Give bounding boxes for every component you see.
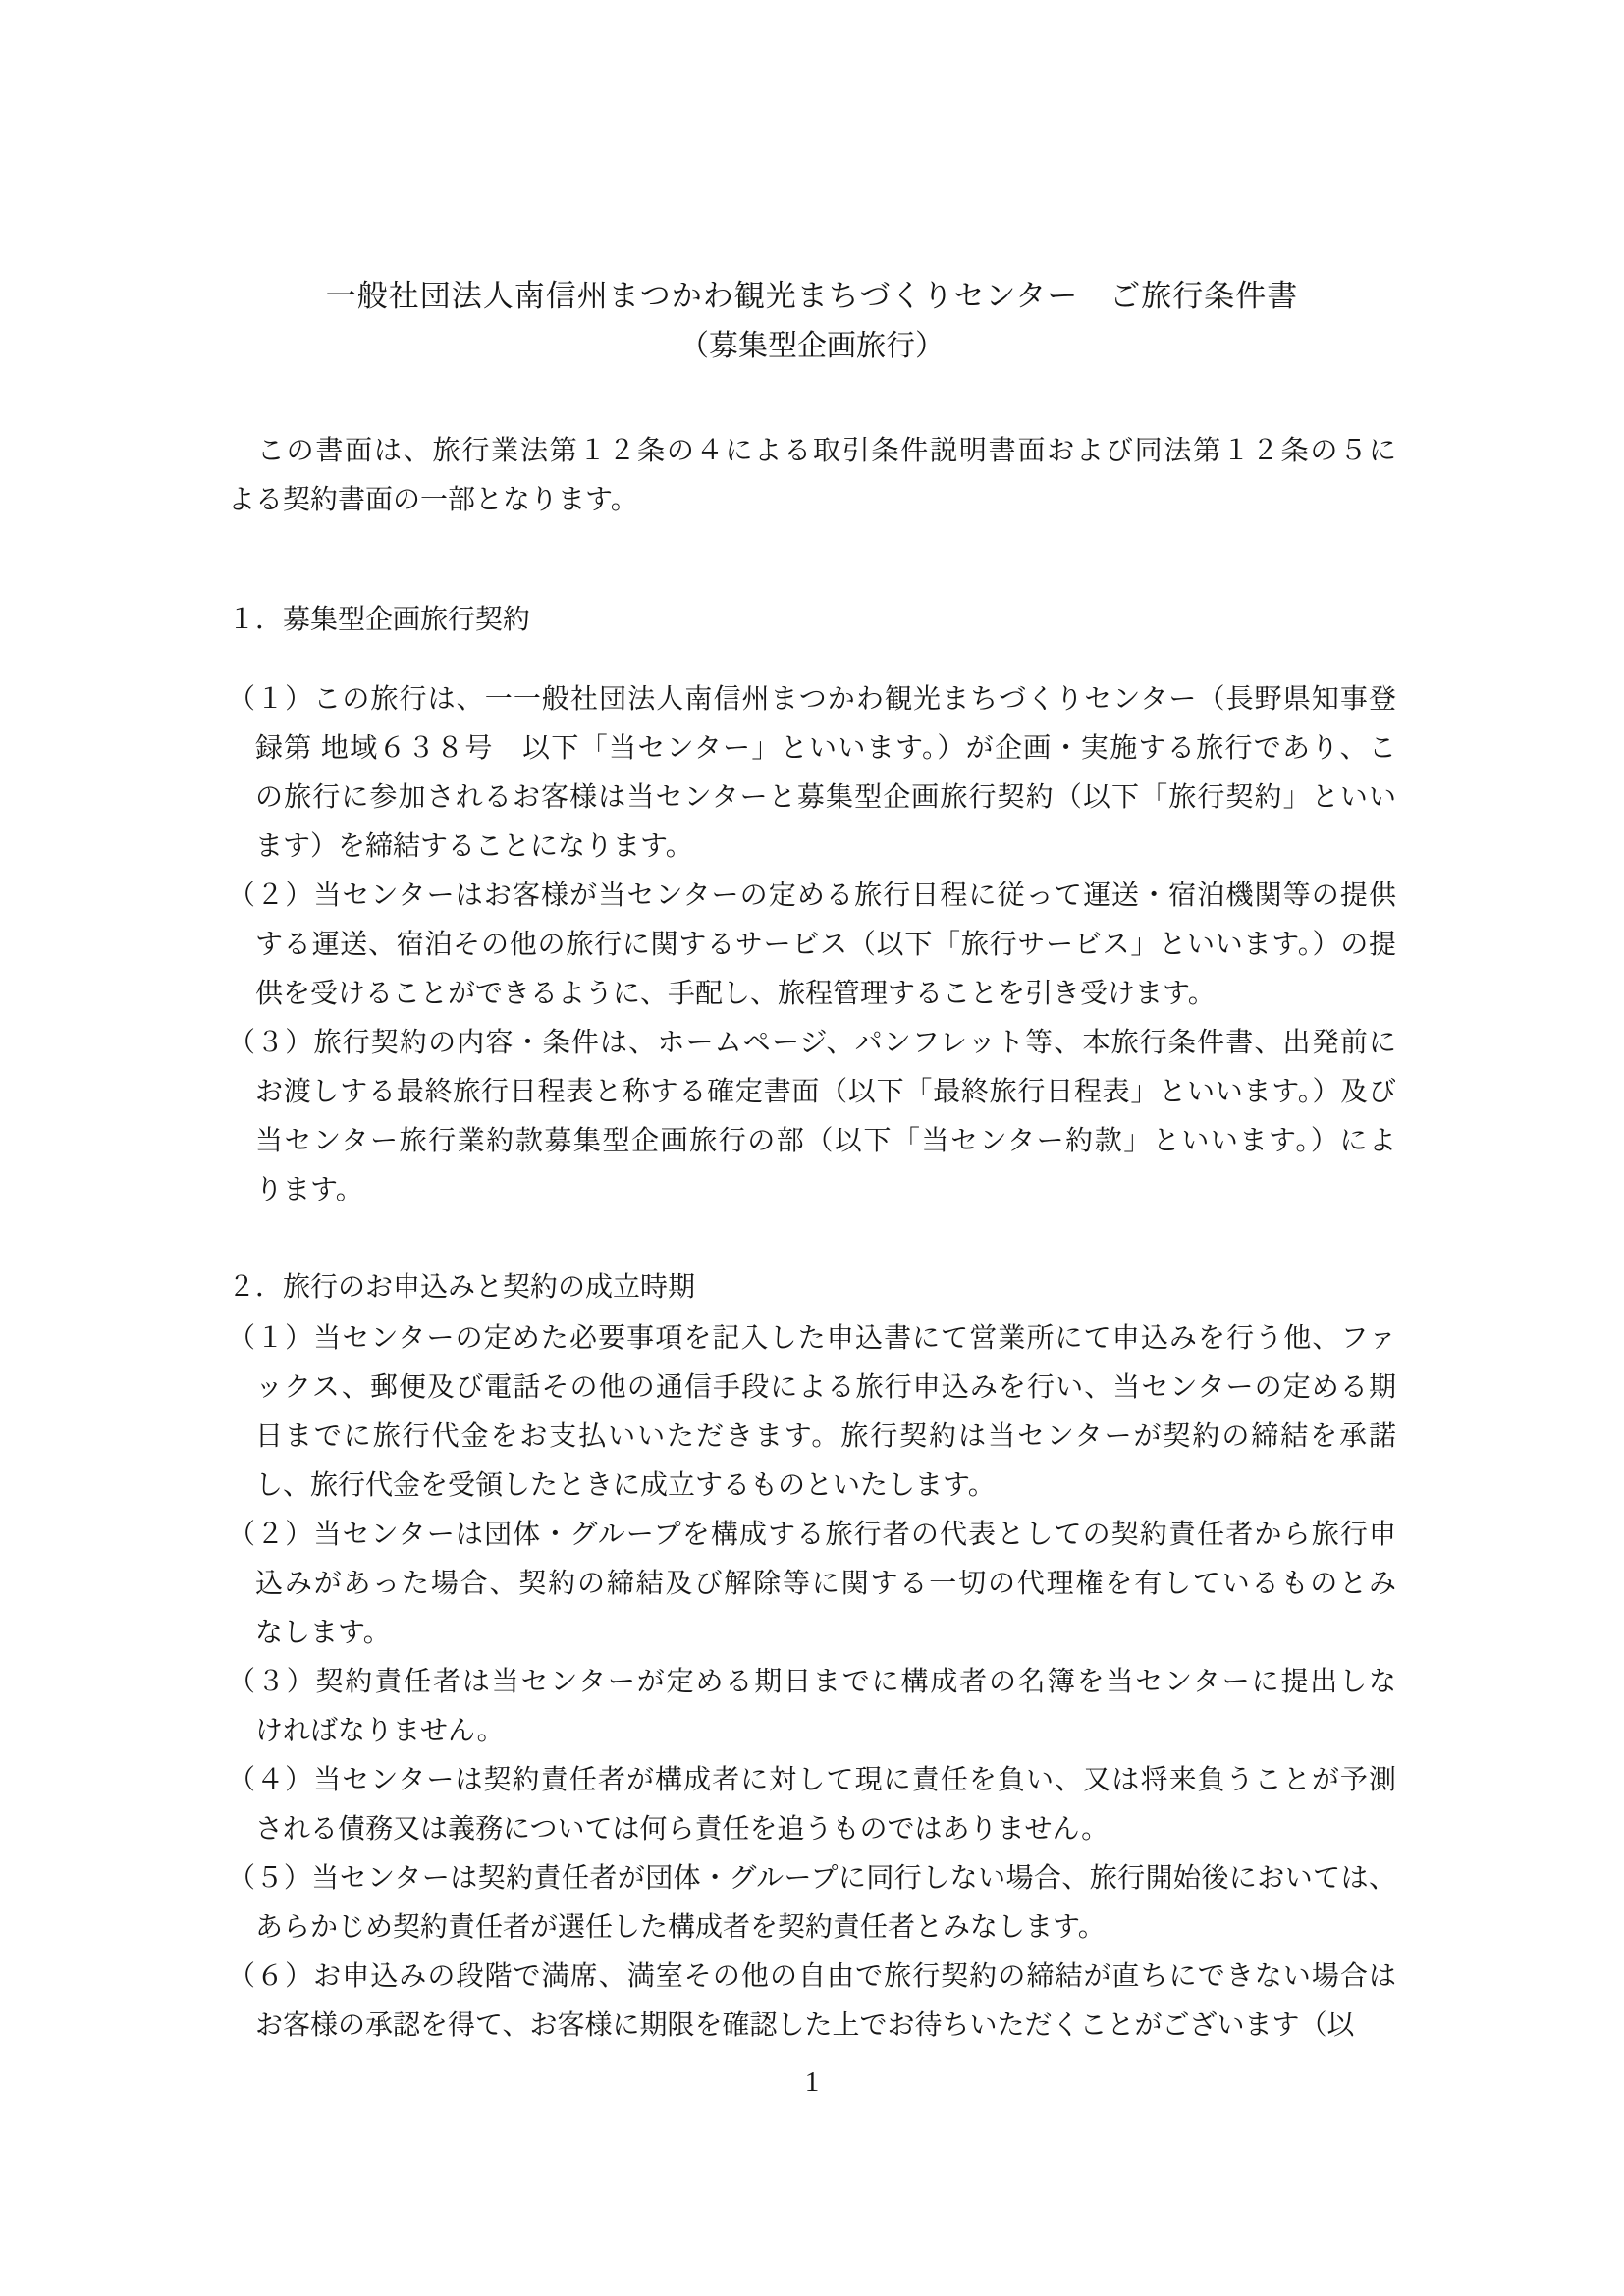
text-line: ます）を締結することになります。 bbox=[255, 823, 1396, 872]
text-line: する運送、宿泊その他の旅行に関するサービス（以下「旅行サービス」といいます。）の… bbox=[255, 921, 1396, 970]
text-line: お渡しする最終旅行日程表と称する確定書面（以下「最終旅行日程表」といいます。）及… bbox=[255, 1068, 1396, 1117]
clause-paragraph: （５）当センターは契約責任者が団体・グループに同行しない場合、旅行開始後において… bbox=[228, 1854, 1396, 1952]
text-line: お客様の承認を得て、お客様に期限を確認した上でお待ちいただくことがございます（以 bbox=[255, 2002, 1396, 2051]
text-line: （２）当センターはお客様が当センターの定める旅行日程に従って運送・宿泊機関等の提… bbox=[228, 872, 1396, 921]
page-number: 1 bbox=[0, 2064, 1624, 2100]
section-1: １．募集型企画旅行契約 （１）この旅行は、一一般社団法人南信州まつかわ観光まちづ… bbox=[228, 596, 1396, 1215]
clause-paragraph: （６）お申込みの段階で満席、満室その他の自由で旅行契約の締結が直ちにできない場合… bbox=[228, 1952, 1396, 2051]
section-2-items: （１）当センターの定めた必要事項を記入した申込書にて営業所にて申込みを行う他、フ… bbox=[228, 1314, 1396, 2051]
section-1-items: （１）この旅行は、一一般社団法人南信州まつかわ観光まちづくりセンター（長野県知事… bbox=[228, 675, 1396, 1215]
clause-paragraph: （２）当センターは団体・グループを構成する旅行者の代表としての契約責任者から旅行… bbox=[228, 1511, 1396, 1658]
clause-paragraph: （１）当センターの定めた必要事項を記入した申込書にて営業所にて申込みを行う他、フ… bbox=[228, 1314, 1396, 1511]
text-line: あらかじめ契約責任者が選任した構成者を契約責任者とみなします。 bbox=[255, 1903, 1396, 1952]
document-content: 一般社団法人南信州まつかわ観光まちづくりセンター ご旅行条件書 （募集型企画旅行… bbox=[228, 0, 1396, 2051]
text-line: ックス、郵便及び電話その他の通信手段による旅行申込みを行い、当センターの定める期 bbox=[255, 1363, 1396, 1413]
text-line: 込みがあった場合、契約の締結及び解除等に関する一切の代理権を有しているものとみ bbox=[255, 1560, 1396, 1609]
text-line: （４）当センターは契約責任者が構成者に対して現に責任を負い、又は将来負うことが予… bbox=[228, 1756, 1396, 1805]
text-line: （２）当センターは団体・グループを構成する旅行者の代表としての契約責任者から旅行… bbox=[228, 1511, 1396, 1560]
text-line: 当センター旅行業約款募集型企画旅行の部（以下「当センター約款」といいます。）によ bbox=[255, 1117, 1396, 1166]
text-line: よる契約書面の一部となります。 bbox=[228, 476, 1396, 525]
clause-paragraph: （２）当センターはお客様が当センターの定める旅行日程に従って運送・宿泊機関等の提… bbox=[228, 872, 1396, 1019]
text-line: ければなりません。 bbox=[255, 1707, 1396, 1756]
text-line: （３）契約責任者は当センターが定める期日までに構成者の名簿を当センターに提出しな bbox=[228, 1658, 1396, 1707]
clause-paragraph: （１）この旅行は、一一般社団法人南信州まつかわ観光まちづくりセンター（長野県知事… bbox=[228, 675, 1396, 872]
document-subtitle: （募集型企画旅行） bbox=[228, 322, 1396, 371]
text-line: （１）この旅行は、一一般社団法人南信州まつかわ観光まちづくりセンター（長野県知事… bbox=[228, 675, 1396, 724]
text-line: の旅行に参加されるお客様は当センターと募集型企画旅行契約（以下「旅行契約」といい bbox=[255, 774, 1396, 823]
intro-paragraph: この書面は、旅行業法第１２条の４による取引条件説明書面および同法第１２条の５によ… bbox=[228, 427, 1396, 525]
clause-paragraph: （４）当センターは契約責任者が構成者に対して現に責任を負い、又は将来負うことが予… bbox=[228, 1756, 1396, 1854]
text-line: この書面は、旅行業法第１２条の４による取引条件説明書面および同法第１２条の５に bbox=[228, 427, 1396, 476]
section-1-heading: １．募集型企画旅行契約 bbox=[228, 596, 1396, 645]
text-line: 供を受けることができるように、手配し、旅程管理することを引き受けます。 bbox=[255, 970, 1396, 1019]
text-line: される債務又は義務については何ら責任を追うものではありません。 bbox=[255, 1805, 1396, 1854]
text-line: なします。 bbox=[255, 1609, 1396, 1658]
section-2: ２．旅行のお申込みと契約の成立時期 （１）当センターの定めた必要事項を記入した申… bbox=[228, 1263, 1396, 2051]
section-2-heading: ２．旅行のお申込みと契約の成立時期 bbox=[228, 1263, 1396, 1312]
document-page: 一般社団法人南信州まつかわ観光まちづくりセンター ご旅行条件書 （募集型企画旅行… bbox=[0, 0, 1624, 2296]
clause-paragraph: （３）契約責任者は当センターが定める期日までに構成者の名簿を当センターに提出しな… bbox=[228, 1658, 1396, 1756]
clause-paragraph: （３）旅行契約の内容・条件は、ホームページ、パンフレット等、本旅行条件書、出発前… bbox=[228, 1019, 1396, 1215]
text-line: し、旅行代金を受領したときに成立するものといたします。 bbox=[255, 1462, 1396, 1511]
text-line: 録第 地域６３８号 以下「当センター」といいます。）が企画・実施する旅行であり、… bbox=[255, 724, 1396, 774]
text-line: （５）当センターは契約責任者が団体・グループに同行しない場合、旅行開始後において… bbox=[228, 1854, 1396, 1903]
text-line: 日までに旅行代金をお支払いいただきます。旅行契約は当センターが契約の締結を承諾 bbox=[255, 1413, 1396, 1462]
text-line: （３）旅行契約の内容・条件は、ホームページ、パンフレット等、本旅行条件書、出発前… bbox=[228, 1019, 1396, 1068]
text-line: ります。 bbox=[255, 1166, 1396, 1215]
text-line: （１）当センターの定めた必要事項を記入した申込書にて営業所にて申込みを行う他、フ… bbox=[228, 1314, 1396, 1363]
text-line: （６）お申込みの段階で満席、満室その他の自由で旅行契約の締結が直ちにできない場合… bbox=[228, 1952, 1396, 2002]
document-title: 一般社団法人南信州まつかわ観光まちづくりセンター ご旅行条件書 bbox=[228, 0, 1396, 322]
